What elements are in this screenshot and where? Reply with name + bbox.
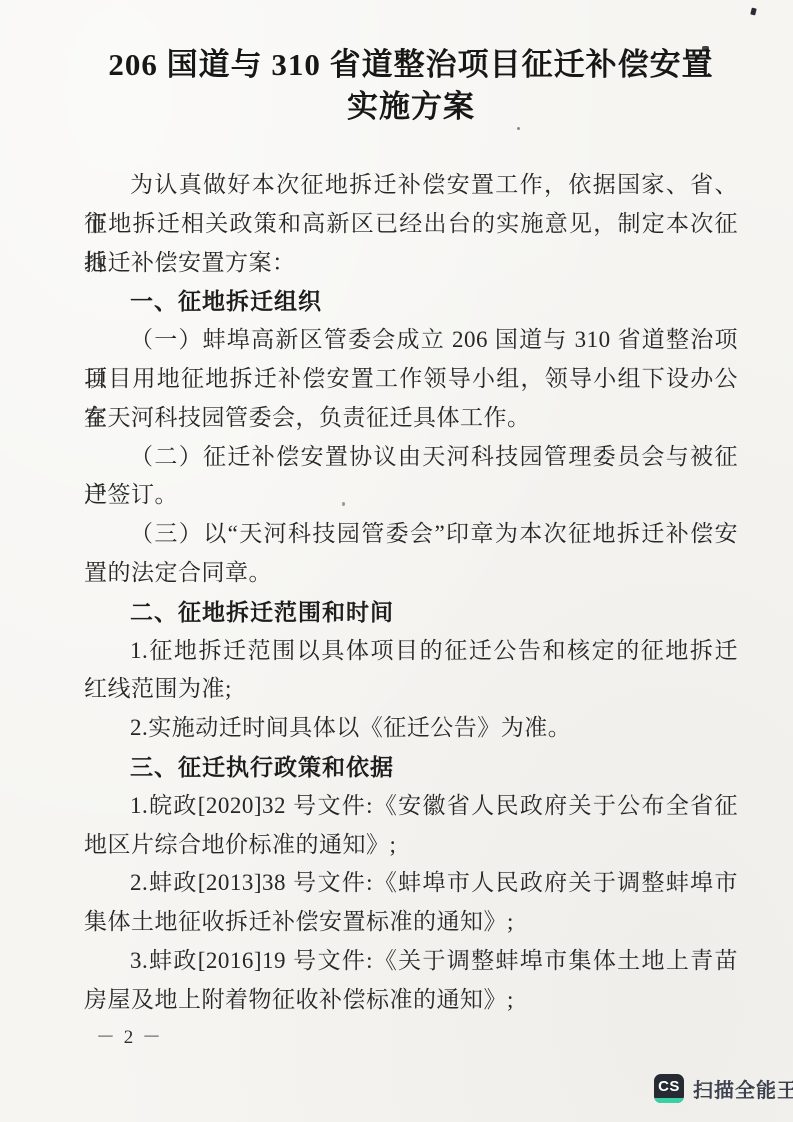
document-title-line-2: 实施方案 [84,86,738,128]
body-line: 1.征地拆迁范围以具体项目的征迁公告和核定的征地拆迁 [84,632,738,671]
camscanner-app-name: 扫描全能王 [693,1074,793,1103]
body-line: 为认真做好本次征地拆迁补偿安置工作，依据国家、省、市 [84,166,738,205]
camscanner-watermark: CS 扫描全能王 [654,1074,793,1103]
body-line: （三）以“天河科技园管委会”印章为本次征地拆迁补偿安 [84,515,738,554]
document-title: 206 国道与 310 省道整治项目征迁补偿安置 实施方案 [84,44,738,128]
camscanner-logo-letters: CS [654,1075,684,1098]
body-line: 2.实施动迁时间具体以《征迁公告》为准。 [84,709,738,748]
body-line: 户签订。 [84,476,738,515]
section-heading: 三、征迁执行政策和依据 [84,748,738,787]
body-line: 征地拆迁相关政策和高新区已经出台的实施意见，制定本次征地 [84,205,738,244]
body-line: （一）蚌埠高新区管委会成立 206 国道与 310 省道整治项目 [84,321,738,360]
body-line: 1.皖政[2020]32 号文件:《安徽省人民政府关于公布全省征 [84,787,738,826]
scan-speck [750,7,757,15]
body-line: 在天河科技园管委会，负责征迁具体工作。 [84,399,738,438]
section-heading: 一、征地拆迁组织 [84,282,738,321]
document-title-line-1: 206 国道与 310 省道整治项目征迁补偿安置 [84,44,738,86]
document-body: 为认真做好本次征地拆迁补偿安置工作，依据国家、省、市征地拆迁相关政策和高新区已经… [84,166,738,1020]
body-line: 地区片综合地价标准的通知》; [84,826,738,865]
body-line: 置的法定合同章。 [84,554,738,593]
body-line: 房屋及地上附着物征收补偿标准的通知》; [84,981,738,1020]
camscanner-logo-accent-bar [654,1098,684,1103]
body-line: 拆迁补偿安置方案： [84,244,738,283]
body-line: 2.蚌政[2013]38 号文件:《蚌埠市人民政府关于调整蚌埠市 [84,864,738,903]
body-line: 红线范围为准; [84,670,738,709]
body-line: （二）征迁补偿安置协议由天河科技园管理委员会与被征迁 [84,438,738,477]
body-line: 3.蚌政[2016]19 号文件:《关于调整蚌埠市集体土地上青苗 [84,942,738,981]
scanned-document-page: 206 国道与 310 省道整治项目征迁补偿安置 实施方案 为认真做好本次征地拆… [0,0,793,1122]
section-heading: 二、征地拆迁范围和时间 [84,593,738,632]
page-number: － 2 － [96,1022,163,1049]
body-line: 集体土地征收拆迁补偿安置标准的通知》; [84,903,738,942]
body-line: 项目用地征地拆迁补偿安置工作领导小组，领导小组下设办公室 [84,360,738,399]
camscanner-logo-icon: CS [654,1074,684,1103]
